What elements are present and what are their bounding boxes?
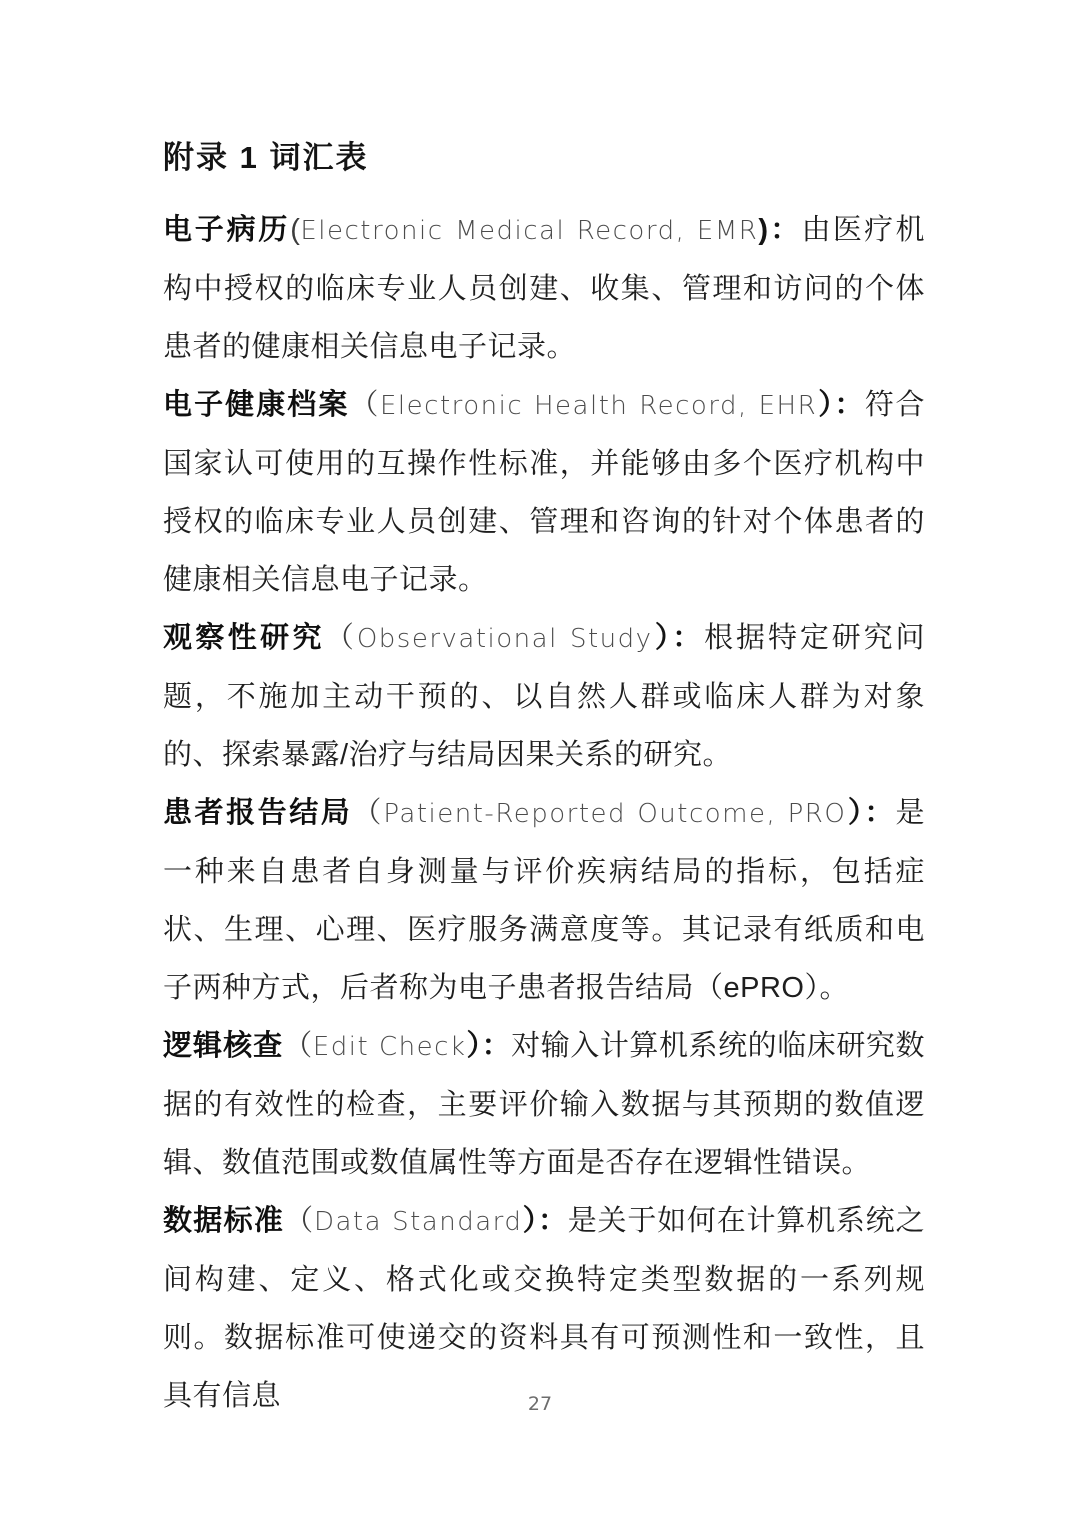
term-cn: 数据标准 [163,1205,284,1237]
term-cn: 患者报告结局 [163,797,352,829]
term-en: Data Standard [314,1207,522,1237]
glossary-entry-ehr: 电子健康档案（Electronic Health Record, EHR）：符合… [163,376,925,609]
close-paren-colon: ）： [653,622,705,654]
glossary-entry-pro: 患者报告结局（Patient-Reported Outcome, PRO）：是一… [163,784,925,1017]
glossary-entry-edit-check: 逻辑核查（Edit Check）：对输入计算机系统的临床研究数据的有效性的检查，… [163,1017,925,1192]
term-cn: 电子病历 [163,214,290,246]
term-cn: 观察性研究 [163,622,325,654]
document-page: 附录 1 词汇表 电子病历(Electronic Medical Record,… [163,132,925,1425]
close-paren-colon: ）： [522,1205,567,1237]
close-paren-colon: )： [758,214,801,246]
close-paren-colon: ）： [466,1030,511,1062]
page-title: 附录 1 词汇表 [163,132,925,177]
open-paren: （ [284,1205,314,1237]
term-cn: 电子健康档案 [163,389,349,421]
open-paren: （ [349,389,380,421]
close-paren-colon: ）： [846,797,895,829]
open-paren: （ [352,797,383,829]
term-en: Observational Study [357,624,653,654]
term-en: Electronic Health Record, EHR [380,391,817,421]
glossary-entry-observational-study: 观察性研究（Observational Study）：根据特定研究问题，不施加主… [163,609,925,784]
open-paren: ( [290,214,300,246]
close-paren-colon: ）： [817,389,865,421]
open-paren: （ [283,1030,313,1062]
glossary-entry-emr: 电子病历(Electronic Medical Record, EMR)：由医疗… [163,201,925,376]
term-en: Electronic Medical Record, EMR [300,216,758,246]
term-en: Patient-Reported Outcome, PRO [383,799,846,829]
term-cn: 逻辑核查 [163,1030,283,1062]
glossary-entry-data-standard: 数据标准（Data Standard）：是关于如何在计算机系统之间构建、定义、格… [163,1192,925,1425]
open-paren: （ [325,622,357,654]
term-en: Edit Check [313,1032,467,1062]
page-number: 27 [0,1393,1080,1415]
